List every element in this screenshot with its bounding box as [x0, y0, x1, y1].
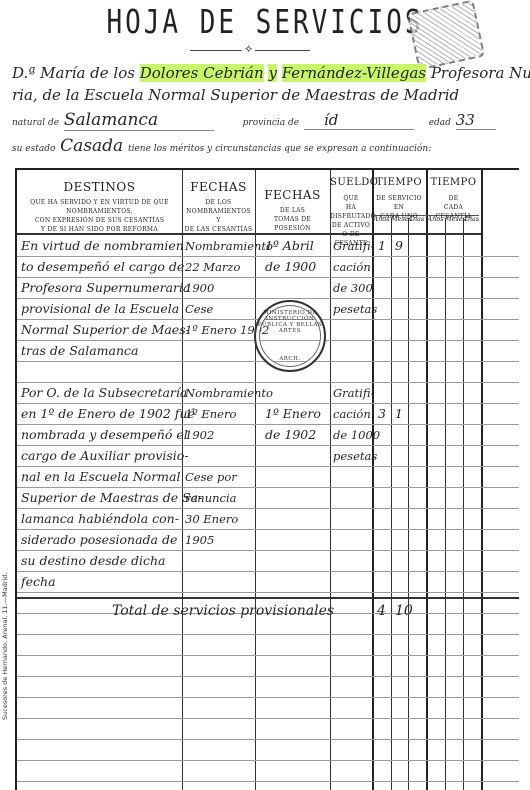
age-label: edad: [429, 118, 451, 128]
entry-cell: Por O. de la Subsecretaría: [21, 384, 187, 402]
entry-cell: 1905: [185, 531, 214, 549]
entry-cell: su destino desde dicha: [21, 552, 166, 570]
row-rule: [17, 697, 519, 698]
services-table: DESTINOS QUE HA SERVIDO Y EN VIRTUD DE Q…: [15, 168, 519, 790]
highlighted-name-1: Dolores Cebrián: [140, 64, 264, 82]
entry-cell: 1: [395, 405, 403, 423]
entry-cell: 9: [395, 237, 403, 255]
row-rule: [17, 466, 519, 467]
entry-cell: lamanca habiéndola con-: [21, 510, 179, 528]
entry-cell: Superior de Maestras de Sa-: [21, 489, 202, 507]
total-anos: 4: [377, 602, 386, 620]
row-rule: [17, 256, 519, 257]
row-rule: [17, 529, 519, 530]
entry-cell: fecha: [21, 573, 56, 591]
entry-cell: Normal Superior de Maes-: [21, 321, 190, 339]
intro-line-3: natural de Salamanca provincia de íd eda…: [12, 110, 520, 131]
entry-cell: 30 Enero: [185, 510, 238, 528]
entry-cell: cargo de Auxiliar provisio-: [21, 447, 189, 465]
row-rule: [17, 487, 519, 488]
row-rule: [17, 382, 519, 383]
intro-line-4: su estado Casada tiene los méritos y cir…: [12, 136, 520, 156]
row-rule: [17, 739, 519, 740]
entry-cell: 22 Marzo: [185, 258, 240, 276]
row-rule: [17, 445, 519, 446]
entry-cell: 1º Enero: [185, 405, 236, 423]
seal-stamp-icon: [407, 0, 486, 70]
intro-tail: tiene los méritos y circunstancias que s…: [128, 144, 431, 154]
intro-line-2: ria, de la Escuela Normal Superior de Ma…: [12, 86, 520, 104]
row-rule: [17, 676, 519, 677]
entry-cell: 1º Abril: [265, 237, 314, 255]
name-start: María de los: [40, 64, 135, 82]
entry-cell: de 1000: [333, 426, 380, 444]
col-divider: [408, 218, 409, 790]
entry-cell: 1º Enero: [265, 405, 321, 423]
entry-cell: to desempeñó el cargo de: [21, 258, 184, 276]
entry-cell: pesetas: [333, 300, 377, 318]
col-divider: [445, 218, 446, 790]
ministry-seal-icon: MINISTERIO DE INSTRUCCIÓN PÚBLICA Y BELL…: [254, 300, 326, 372]
entry-cell: 1900: [185, 279, 214, 297]
entry-cell: provisional de la Escuela: [21, 300, 179, 318]
natural-label: natural de: [12, 118, 59, 128]
row-rule: [17, 424, 519, 425]
entry-cell: nombrada y desempeñó el: [21, 426, 188, 444]
header-dias-2: Días: [463, 215, 481, 223]
entry-cell: Nombramiento: [185, 384, 273, 402]
entry-cell: Cese: [185, 300, 213, 318]
entry-cell: de 1902: [265, 426, 316, 444]
age-value: 33: [456, 111, 496, 130]
name-connector: y: [268, 64, 276, 82]
header-meses-1: Meses: [391, 215, 408, 223]
natural-value: Salamanca: [64, 110, 214, 131]
entry-cell: 3: [378, 405, 386, 423]
province-value: íd: [304, 111, 414, 130]
row-rule: [17, 760, 519, 761]
header-destinos: DESTINOS QUE HA SERVIDO Y EN VIRTUD DE Q…: [17, 180, 182, 234]
col-divider: [463, 218, 464, 790]
entry-cell: 1: [378, 237, 386, 255]
entry-cell: En virtud de nombramien: [21, 237, 184, 255]
row-rule: [17, 508, 519, 509]
header-fechas-posesion: FECHAS DE LAS TOMAS DE POSESIÓN: [255, 188, 330, 233]
title-ornament: [190, 50, 310, 51]
printer-imprint: Sucesores de Hernando, Arenal, 11.—Madri…: [1, 560, 11, 720]
prefix: D.ª: [12, 64, 35, 82]
col-divider: [391, 218, 392, 790]
highlighted-name-2: Fernández-Villegas: [282, 64, 426, 82]
entry-cell: Gratifi-: [333, 237, 374, 255]
position-line-1: Profesora Numera-: [431, 64, 530, 82]
row-rule: [17, 718, 519, 719]
entry-cell: nal en la Escuela Normal: [21, 468, 180, 486]
entry-cell: Nombramiento: [185, 237, 273, 255]
total-meses: 10: [395, 602, 413, 620]
entry-cell: Profesora Supernumeraria: [21, 279, 190, 297]
row-rule: [17, 592, 519, 593]
entry-cell: Cese por: [185, 468, 237, 486]
entry-cell: en 1º de Enero de 1902 fué: [21, 405, 195, 423]
total-label: Total de servicios provisionales: [112, 602, 334, 620]
estado-label: su estado: [12, 144, 55, 154]
header-fechas-nombramientos: FECHAS DE LOS NOMBRAMIENTOS Y DE LAS CES…: [182, 180, 255, 234]
entry-cell: de 300: [333, 279, 373, 297]
entry-cell: tras de Salamanca: [21, 342, 139, 360]
row-rule: [17, 571, 519, 572]
header-anos-2: Años: [426, 215, 445, 223]
row-rule: [17, 634, 519, 635]
header-dias-1: Días: [408, 215, 426, 223]
header-meses-2: Meses: [445, 215, 463, 223]
total-divider: [17, 597, 519, 599]
entry-cell: Gratifi-: [333, 384, 374, 402]
entry-cell: renuncia: [185, 489, 237, 507]
header-anos-1: Años: [372, 215, 391, 223]
row-rule: [17, 277, 519, 278]
entry-cell: cación: [333, 405, 371, 423]
entry-cell: cación: [333, 258, 371, 276]
entry-cell: 1902: [185, 426, 214, 444]
entry-cell: pesetas: [333, 447, 377, 465]
row-rule: [17, 655, 519, 656]
position-line-2: ria, de la Escuela Normal Superior de Ma…: [12, 86, 459, 104]
province-label: provincia de: [243, 118, 299, 128]
row-rule: [17, 298, 519, 299]
estado-value: Casada: [60, 136, 123, 156]
entry-cell: siderado posesionada de: [21, 531, 177, 549]
entry-cell: de 1900: [265, 258, 316, 276]
row-rule: [17, 781, 519, 782]
row-rule: [17, 550, 519, 551]
row-rule: [17, 403, 519, 404]
intro-line-1: D.ª María de los Dolores Cebrián y Ferná…: [12, 64, 520, 82]
